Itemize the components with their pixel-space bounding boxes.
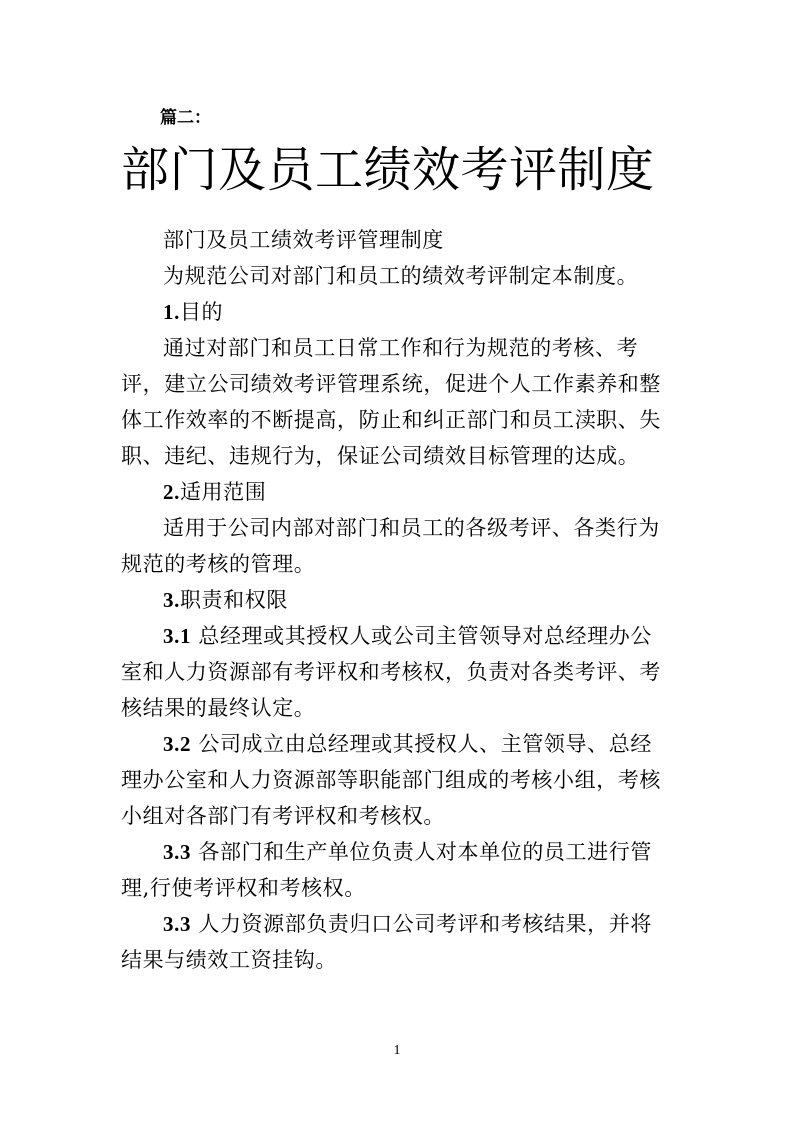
purpose-paragraph: 通过对部门和员工日常工作和行为规范的考核、考评，建立公司绩效考评管理系统，促进个… [121,330,669,474]
section-heading-purpose: 1.目的 [121,294,669,330]
page-number: 1 [0,1043,794,1059]
clause-3-2: 3.2 公司成立由总经理或其授权人、主管领导、总经理办公室和人力资源部等职能部门… [121,726,669,834]
clause-3-3b: 3.3 人力资源部负责归口公司考评和考核结果，并将结果与绩效工资挂钩。 [121,906,669,978]
document-title: 部门及员工绩效考评制度 [121,140,655,200]
subtitle: 部门及员工绩效考评管理制度 [121,222,669,258]
document-page: 篇二： 部门及员工绩效考评制度 部门及员工绩效考评管理制度 为规范公司对部门和员… [0,0,794,1123]
section-heading-responsibilities: 3.职责和权限 [121,582,669,618]
clause-3-3a: 3.3 各部门和生产单位负责人对本单位的员工进行管理,行使考评权和考核权。 [121,834,669,906]
document-label: 篇二： [160,108,211,128]
scope-paragraph: 适用于公司内部对部门和员工的各级考评、各类行为规范的考核的管理。 [121,510,669,582]
section-heading-scope: 2.适用范围 [121,474,669,510]
clause-3-1: 3.1 总经理或其授权人或公司主管领导对总经理办公室和人力资源部有考评权和考核权… [121,618,669,726]
intro-paragraph: 为规范公司对部门和员工的绩效考评制定本制度。 [121,258,669,294]
document-body: 部门及员工绩效考评管理制度 为规范公司对部门和员工的绩效考评制定本制度。 1.目… [121,222,669,978]
